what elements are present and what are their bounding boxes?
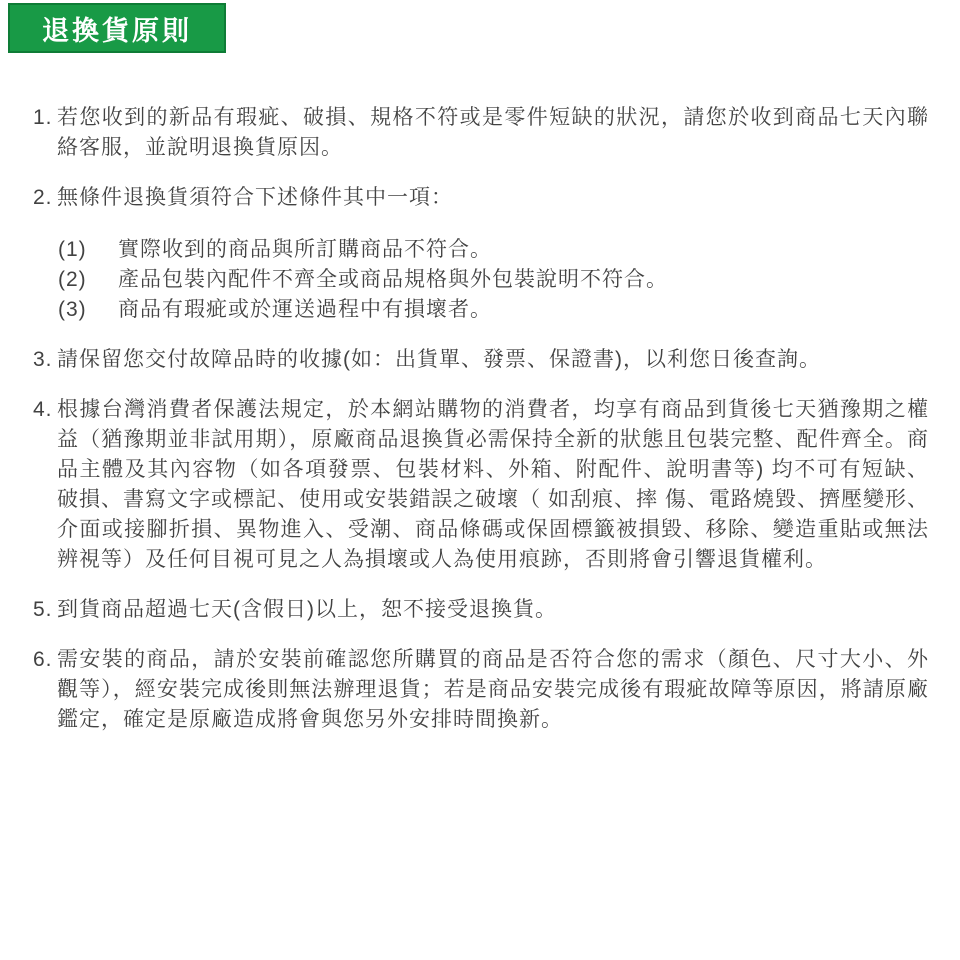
item-number: 4. (33, 395, 53, 425)
item-number: 3. (33, 345, 53, 375)
item-number: 6. (33, 645, 53, 675)
policy-subitem-3: (3) 商品有瑕疵或於運送過程中有損壞者。 (57, 295, 929, 325)
policy-content: 1. 若您收到的新品有瑕疵、破損、規格不符或是零件短缺的狀況，請您於收到商品七天… (0, 103, 960, 735)
page-title: 退換貨原則 (42, 9, 192, 48)
subitem-number: (1) (58, 235, 87, 265)
item-number: 2. (33, 183, 53, 213)
subitem-text: 產品包裝內配件不齊全或商品規格與外包裝說明不符合。 (118, 268, 668, 291)
item-number: 1. (33, 103, 53, 133)
item-text: 若您收到的新品有瑕疵、破損、規格不符或是零件短缺的狀況，請您於收到商品七天內聯絡… (57, 106, 929, 159)
item-text: 無條件退換貨須符合下述條件其中一項： (57, 186, 453, 209)
subitem-text: 商品有瑕疵或於運送過程中有損壞者。 (118, 298, 492, 321)
item-number: 5. (33, 595, 53, 625)
policy-item-4: 4. 根據台灣消費者保護法規定，於本網站購物的消費者，均享有商品到貨後七天猶豫期… (33, 395, 929, 575)
policy-item-6: 6. 需安裝的商品，請於安裝前確認您所購買的商品是否符合您的需求（顏色、尺寸大小… (33, 645, 929, 735)
policy-subitem-2: (2) 產品包裝內配件不齊全或商品規格與外包裝說明不符合。 (57, 265, 929, 295)
item-text: 請保留您交付故障品時的收據(如：出貨單、發票、保證書)，以利您日後查詢。 (57, 348, 821, 371)
subitem-text: 實際收到的商品與所訂購商品不符合。 (118, 238, 492, 261)
subitem-number: (3) (58, 295, 87, 325)
item-text: 到貨商品超過七天(含假日)以上，恕不接受退換貨。 (57, 598, 557, 621)
policy-subitem-1: (1) 實際收到的商品與所訂購商品不符合。 (57, 235, 929, 265)
return-policy-page: 退換貨原則 1. 若您收到的新品有瑕疵、破損、規格不符或是零件短缺的狀況，請您於… (0, 0, 960, 960)
policy-item-2-sublist: (1) 實際收到的商品與所訂購商品不符合。 (2) 產品包裝內配件不齊全或商品規… (57, 235, 929, 325)
policy-item-1: 1. 若您收到的新品有瑕疵、破損、規格不符或是零件短缺的狀況，請您於收到商品七天… (33, 103, 929, 163)
policy-title-badge: 退換貨原則 (8, 3, 226, 53)
policy-item-5: 5. 到貨商品超過七天(含假日)以上，恕不接受退換貨。 (33, 595, 929, 625)
subitem-number: (2) (58, 265, 87, 295)
item-text: 需安裝的商品，請於安裝前確認您所購買的商品是否符合您的需求（顏色、尺寸大小、外觀… (57, 648, 929, 731)
policy-item-3: 3. 請保留您交付故障品時的收據(如：出貨單、發票、保證書)，以利您日後查詢。 (33, 345, 929, 375)
item-text: 根據台灣消費者保護法規定，於本網站購物的消費者，均享有商品到貨後七天猶豫期之權益… (57, 398, 929, 571)
policy-item-2: 2. 無條件退換貨須符合下述條件其中一項： (1) 實際收到的商品與所訂購商品不… (33, 183, 929, 325)
